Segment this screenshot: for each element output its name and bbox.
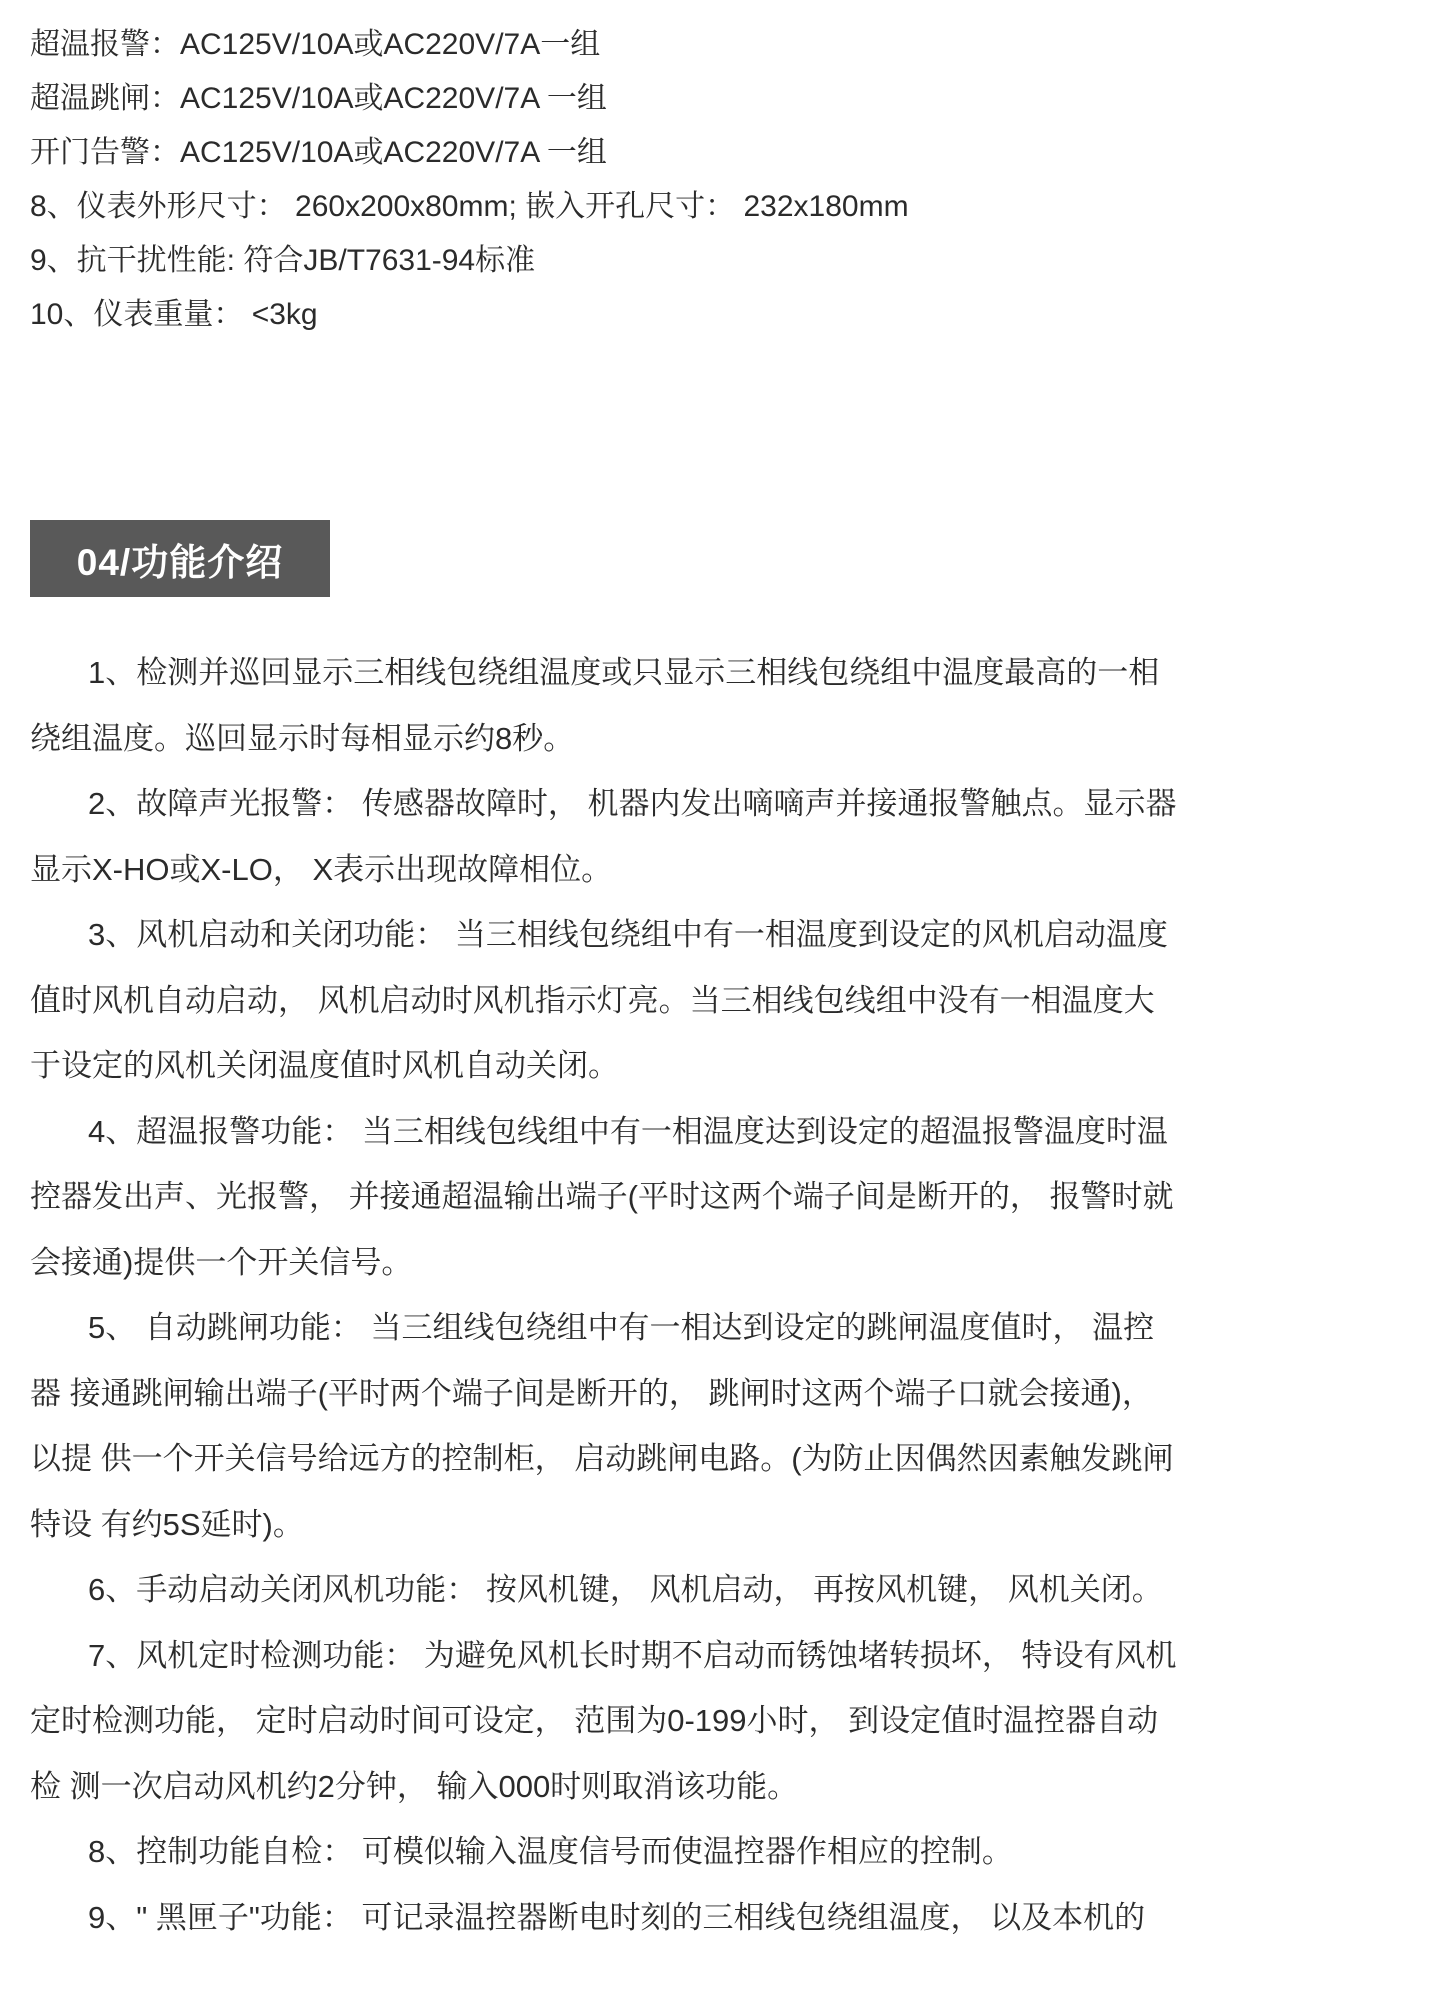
function-text-line: 会接通)提供一个开关信号。 [30, 1230, 1170, 1296]
spec-line: 8、仪表外形尺寸： 260x200x80mm; 嵌入开孔尺寸： 232x180m… [30, 180, 1410, 234]
spec-line: 超温报警：AC125V/10A或AC220V/7A一组 [30, 18, 1410, 72]
section-header: 04/功能介绍 [30, 520, 330, 597]
function-text-line: 以提 供一个开关信号给远方的控制柜， 启动跳闸电路。(为防止因偶然因素触发跳闸 [30, 1426, 1170, 1492]
function-text-line: 4、超温报警功能： 当三相线包线组中有一相温度达到设定的超温报警温度时温 [30, 1099, 1170, 1165]
function-text-line: 7、风机定时检测功能： 为避免风机长时期不启动而锈蚀堵转损坏， 特设有风机 [30, 1623, 1170, 1689]
function-text-line: 控器发出声、光报警， 并接通超温输出端子(平时这两个端子间是断开的， 报警时就 [30, 1164, 1170, 1230]
function-list: 1、检测并巡回显示三相线包绕组温度或只显示三相线包绕组中温度最高的一相绕组温度。… [30, 640, 1170, 1950]
spec-line: 10、仪表重量： <3kg [30, 288, 1410, 342]
function-text-line: 定时检测功能， 定时启动时间可设定， 范围为0-199小时， 到设定值时温控器自… [30, 1688, 1170, 1754]
function-text-line: 3、风机启动和关闭功能： 当三相线包绕组中有一相温度到设定的风机启动温度 [30, 902, 1170, 968]
spec-line: 超温跳闸：AC125V/10A或AC220V/7A 一组 [30, 72, 1410, 126]
document-page: 超温报警：AC125V/10A或AC220V/7A一组超温跳闸：AC125V/1… [0, 0, 1448, 2000]
function-text-line: 于设定的风机关闭温度值时风机自动关闭。 [30, 1033, 1170, 1099]
function-text-line: 显示X-HO或X-LO， X表示出现故障相位。 [30, 837, 1170, 903]
function-text-line: 2、故障声光报警： 传感器故障时， 机器内发出嘀嘀声并接通报警触点。显示器 [30, 771, 1170, 837]
function-text-line: 检 测一次启动风机约2分钟， 输入000时则取消该功能。 [30, 1754, 1170, 1820]
section-header-label: 04/功能介绍 [77, 532, 283, 586]
function-text-line: 器 接通跳闸输出端子(平时两个端子间是断开的， 跳闸时这两个端子口就会接通)， [30, 1361, 1170, 1427]
spec-list: 超温报警：AC125V/10A或AC220V/7A一组超温跳闸：AC125V/1… [30, 18, 1410, 342]
function-text-line: 特设 有约5S延时)。 [30, 1492, 1170, 1558]
function-text-line: 5、 自动跳闸功能： 当三组线包绕组中有一相达到设定的跳闸温度值时， 温控 [30, 1295, 1170, 1361]
function-text-line: 绕组温度。巡回显示时每相显示约8秒。 [30, 706, 1170, 772]
function-text-line: 1、检测并巡回显示三相线包绕组温度或只显示三相线包绕组中温度最高的一相 [30, 640, 1170, 706]
spec-line: 开门告警：AC125V/10A或AC220V/7A 一组 [30, 126, 1410, 180]
function-text-line: 8、控制功能自检： 可模似输入温度信号而使温控器作相应的控制。 [30, 1819, 1170, 1885]
function-text-line: 6、手动启动关闭风机功能： 按风机键， 风机启动， 再按风机键， 风机关闭。 [30, 1557, 1170, 1623]
function-text-line: 9、" 黑匣子"功能： 可记录温控器断电时刻的三相线包绕组温度， 以及本机的 [30, 1885, 1170, 1951]
function-text-line: 值时风机自动启动， 风机启动时风机指示灯亮。当三相线包线组中没有一相温度大 [30, 968, 1170, 1034]
spec-line: 9、抗干扰性能: 符合JB/T7631-94标准 [30, 234, 1410, 288]
